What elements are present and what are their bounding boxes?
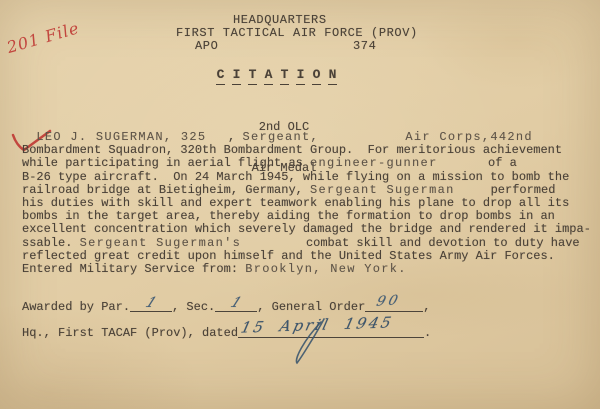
typed-text: while participating in aerial flight as: [22, 156, 310, 170]
pen-flourish-stroke: [292, 318, 334, 368]
awarded-line: Awarded by Par.1, Sec.1, General Order90…: [22, 297, 430, 314]
typed-text: Entered Military Service from:: [22, 262, 245, 276]
dated-line: Hq., First TACAF (Prov), dated15 April 1…: [22, 323, 431, 340]
typed-text: railroad bridge at Bietigheim, Germany,: [22, 183, 310, 197]
typed-fill-in-text: Air Corps,442nd: [405, 130, 533, 144]
header-apo-number: 374: [353, 39, 376, 53]
typed-text: combat skill and devotion to duty have: [306, 236, 580, 250]
header-apo-label: APO: [195, 39, 218, 53]
sec-number-blank: 1: [215, 299, 257, 312]
file-note-handwriting: 201 File: [5, 18, 82, 57]
sec-number-handwriting: 1: [228, 295, 244, 311]
dated-prefix: Hq., First TACAF (Prov), dated: [22, 326, 238, 340]
typed-text: ssable.: [22, 236, 80, 250]
typed-text: excellent concentration which severely d…: [22, 222, 591, 236]
typed-text: Bombardment Squadron, 320th Bombardment …: [22, 143, 562, 157]
typed-fill-in-text: Sergeant,: [242, 130, 319, 144]
header-headquarters: HEADQUARTERS: [233, 13, 327, 27]
typed-text: [319, 130, 405, 144]
citation-document: 201 File HEADQUARTERS FIRST TACTICAL AIR…: [0, 0, 600, 409]
order-number-blank: 90: [365, 299, 423, 312]
awarded-prefix: Awarded by Par.: [22, 300, 130, 314]
typed-text: ,: [206, 130, 242, 144]
typed-text: [22, 130, 36, 144]
order-number-handwriting: 90: [375, 292, 403, 310]
typed-text: of a: [488, 156, 517, 170]
typed-fill-in-text: Brooklyn, New York.: [245, 262, 407, 276]
awarded-mid1: , Sec.: [172, 300, 215, 314]
header-unit: FIRST TACTICAL AIR FORCE (PROV): [176, 26, 418, 40]
body-line: Entered Military Service from: Brooklyn,…: [22, 263, 591, 276]
awarded-suffix: ,: [423, 300, 430, 314]
typed-fill-in-text: Sergeant Sugerman: [310, 183, 455, 197]
typed-text: [438, 156, 488, 170]
typed-text: bombs in the target area, thereby aiding…: [22, 209, 555, 223]
dated-suffix: .: [424, 326, 431, 340]
typed-fill-in-text: engineer-gunner: [310, 156, 438, 170]
typed-text: reflected great credit upon himself and …: [22, 249, 555, 263]
typed-fill-in-text: Sergeant Sugerman's: [80, 236, 242, 250]
awarded-mid2: , General Order: [257, 300, 365, 314]
typed-text: his duties with skill and expert teamwor…: [22, 196, 569, 210]
par-number-blank: 1: [130, 299, 172, 312]
typed-text: [241, 236, 306, 250]
citation-body: LEO J. SUGERMAN, 325 , Sergeant, Air Cor…: [22, 131, 591, 276]
par-number-handwriting: 1: [143, 295, 159, 311]
citation-title: CITATION: [216, 67, 344, 85]
typed-text: [455, 183, 491, 197]
typed-text: performed: [491, 183, 556, 197]
typed-fill-in-text: LEO J. SUGERMAN, 325: [36, 130, 206, 144]
typed-text: B-26 type aircraft. On 24 March 1945, wh…: [22, 170, 569, 184]
